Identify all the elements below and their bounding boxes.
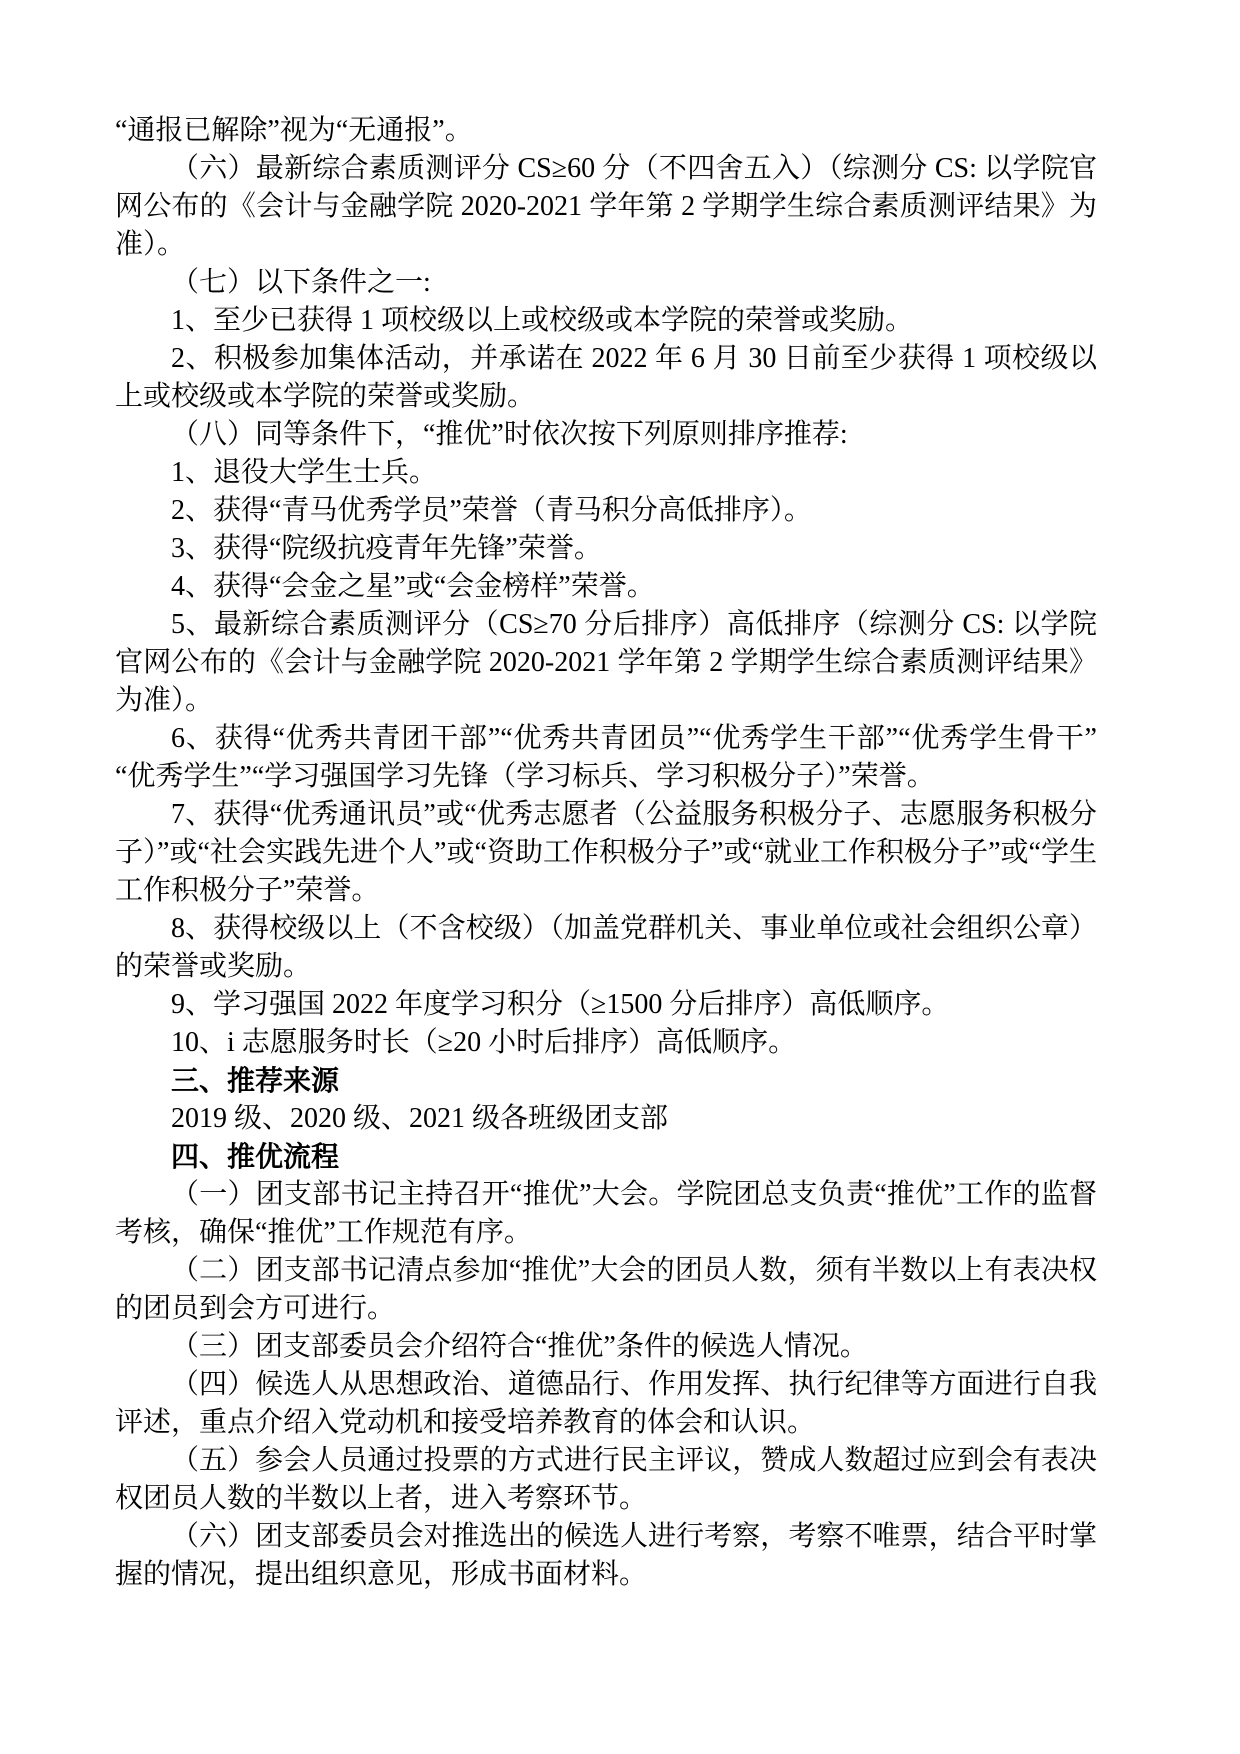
document-page: “通报已解除”视为“无通报”。（六）最新综合素质测评分 CS≥60 分（不四舍五…	[0, 0, 1240, 1754]
paragraph: 4、获得“会金之星”或“会金榜样”荣誉。	[115, 568, 1097, 606]
paragraph: （一）团支部书记主持召开“推优”大会。学院团总支负责“推优”工作的监督考核，确保…	[115, 1176, 1097, 1252]
paragraph: （五）参会人员通过投票的方式进行民主评议，赞成人数超过应到会有表决权团员人数的半…	[115, 1442, 1097, 1518]
paragraph: （四）候选人从思想政治、道德品行、作用发挥、执行纪律等方面进行自我评述，重点介绍…	[115, 1366, 1097, 1442]
paragraph: 5、最新综合素质测评分（CS≥70 分后排序）高低排序（综测分 CS: 以学院官…	[115, 606, 1097, 720]
paragraph: 1、退役大学生士兵。	[115, 454, 1097, 492]
section-heading: 三、推荐来源	[115, 1062, 1097, 1100]
section-heading: 四、推优流程	[115, 1138, 1097, 1176]
paragraph: 8、获得校级以上（不含校级）（加盖党群机关、事业单位或社会组织公章）的荣誉或奖励…	[115, 910, 1097, 986]
paragraph: 7、获得“优秀通讯员”或“优秀志愿者（公益服务积极分子、志愿服务积极分子）”或“…	[115, 796, 1097, 910]
paragraph: （六）团支部委员会对推选出的候选人进行考察，考察不唯票，结合平时掌握的情况，提出…	[115, 1518, 1097, 1594]
paragraph: （七）以下条件之一:	[115, 264, 1097, 302]
paragraph: 1、至少已获得 1 项校级以上或校级或本学院的荣誉或奖励。	[115, 302, 1097, 340]
paragraph: 2、积极参加集体活动，并承诺在 2022 年 6 月 30 日前至少获得 1 项…	[115, 340, 1097, 416]
paragraph: 2019 级、2020 级、2021 级各班级团支部	[115, 1100, 1097, 1138]
paragraph: （八）同等条件下，“推优”时依次按下列原则排序推荐:	[115, 416, 1097, 454]
paragraph: （六）最新综合素质测评分 CS≥60 分（不四舍五入）（综测分 CS: 以学院官…	[115, 150, 1097, 264]
paragraph: 9、学习强国 2022 年度学习积分（≥1500 分后排序）高低顺序。	[115, 986, 1097, 1024]
paragraph: （三）团支部委员会介绍符合“推优”条件的候选人情况。	[115, 1328, 1097, 1366]
paragraph: （二）团支部书记清点参加“推优”大会的团员人数，须有半数以上有表决权的团员到会方…	[115, 1252, 1097, 1328]
paragraph: “通报已解除”视为“无通报”。	[115, 112, 1097, 150]
document-body: “通报已解除”视为“无通报”。（六）最新综合素质测评分 CS≥60 分（不四舍五…	[115, 112, 1097, 1594]
paragraph: 6、获得“优秀共青团干部”“优秀共青团员”“优秀学生干部”“优秀学生骨干”“优秀…	[115, 720, 1097, 796]
paragraph: 3、获得“院级抗疫青年先锋”荣誉。	[115, 530, 1097, 568]
paragraph: 2、获得“青马优秀学员”荣誉（青马积分高低排序）。	[115, 492, 1097, 530]
paragraph: 10、i 志愿服务时长（≥20 小时后排序）高低顺序。	[115, 1024, 1097, 1062]
